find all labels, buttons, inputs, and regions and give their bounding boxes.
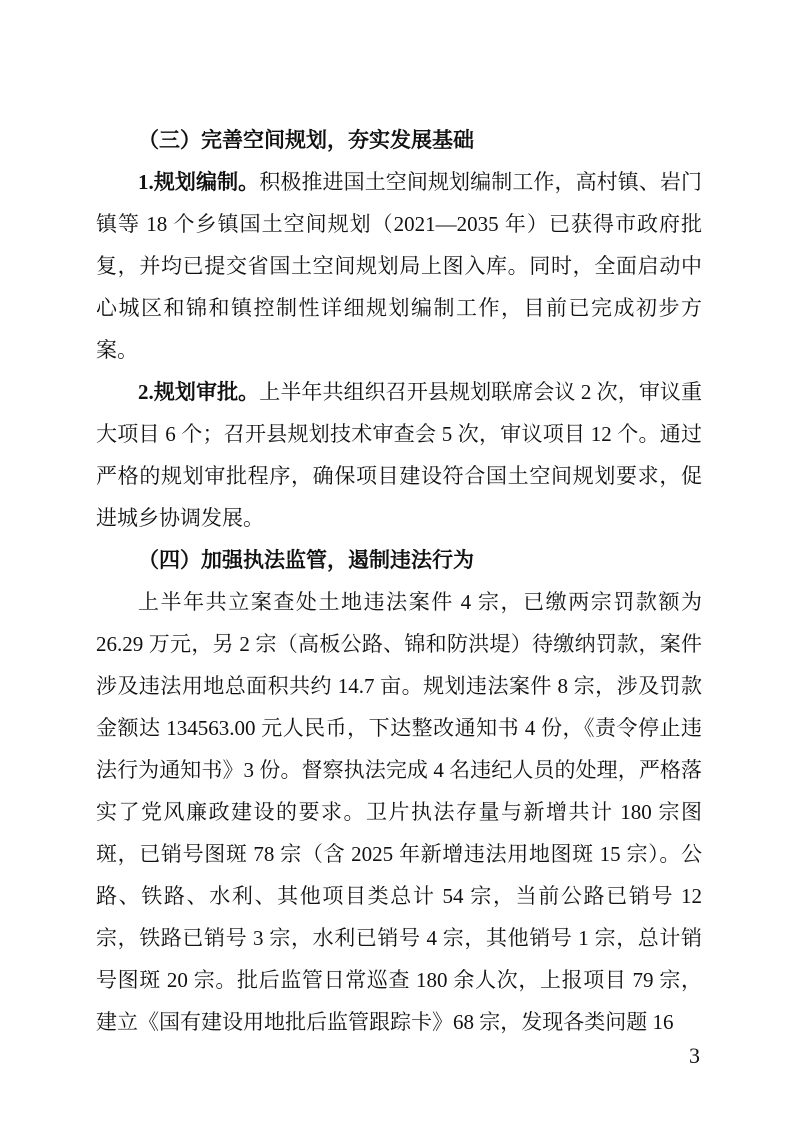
section-heading-4: （四）加强执法监管，遏制违法行为 xyxy=(96,539,702,581)
paragraph-planning-compilation: 1.规划编制。积极推进国土空间规划编制工作，高村镇、岩门镇等 18 个乡镇国土空… xyxy=(96,161,702,371)
section-heading-3: （三）完善空间规划，夯实发展基础 xyxy=(96,119,702,161)
paragraph-text: 上半年共立案查处土地违法案件 4 宗，已缴两宗罚款额为 26.29 万元，另 2… xyxy=(96,590,702,1034)
paragraph-planning-approval: 2.规划审批。上半年共组织召开县规划联席会议 2 次，审议重大项目 6 个；召开… xyxy=(96,371,702,539)
paragraph-lead: 1.规划编制。 xyxy=(138,170,259,194)
document-page: （三）完善空间规划，夯实发展基础 1.规划编制。积极推进国土空间规划编制工作，高… xyxy=(0,0,793,1122)
paragraph-text: 积极推进国土空间规划编制工作，高村镇、岩门镇等 18 个乡镇国土空间规划（202… xyxy=(96,170,702,362)
paragraph-law-enforcement: 上半年共立案查处土地违法案件 4 宗，已缴两宗罚款额为 26.29 万元，另 2… xyxy=(96,581,702,1043)
document-body: （三）完善空间规划，夯实发展基础 1.规划编制。积极推进国土空间规划编制工作，高… xyxy=(96,119,702,1043)
page-number: 3 xyxy=(689,1041,700,1071)
paragraph-lead: 2.规划审批。 xyxy=(138,380,259,404)
